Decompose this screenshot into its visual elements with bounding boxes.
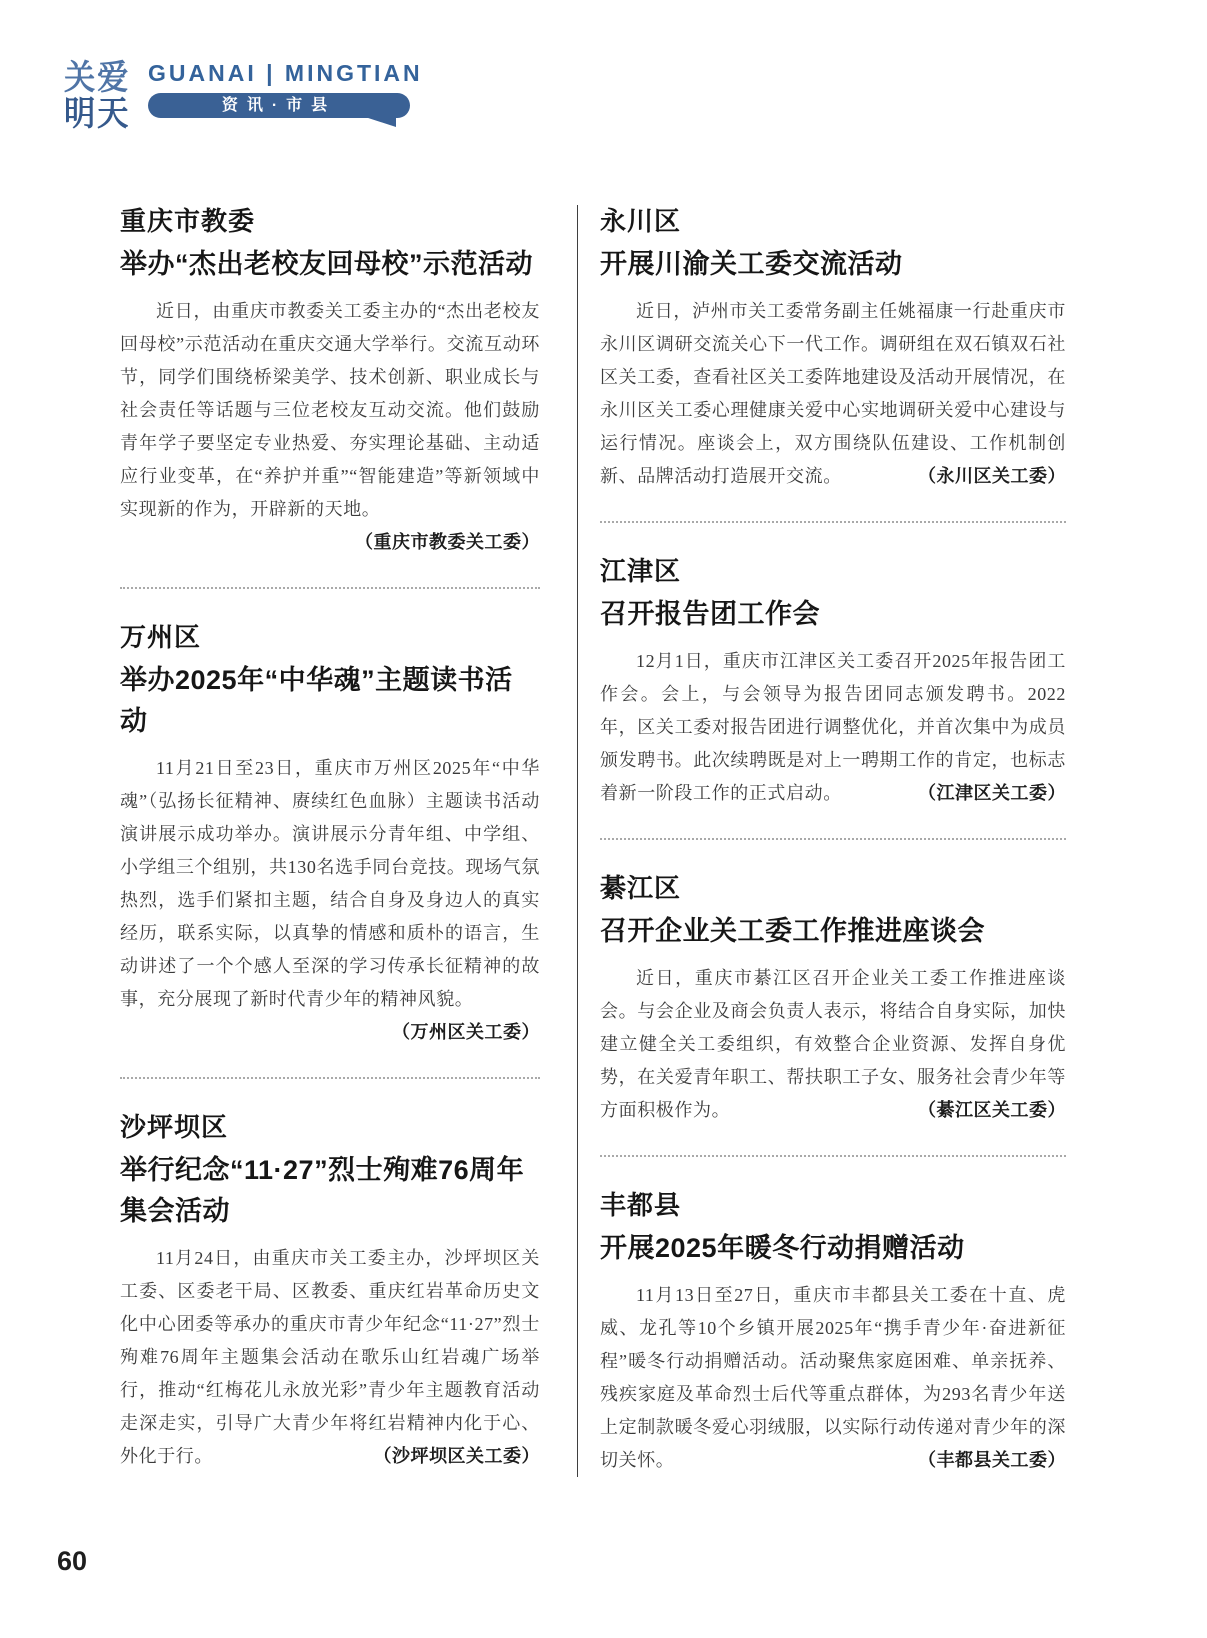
article-region: 江津区 [600,555,1066,587]
article-fengdu: 丰都县 开展2025年暖冬行动捐赠活动 11月13日至27日，重庆市丰都县关工委… [600,1189,1066,1477]
brand-title: GUANAI | MINGTIAN [148,60,423,86]
magazine-logo: 关爱 明天 [64,60,130,132]
article-headline: 举办2025年“中华魂”主题读书活动 [120,660,540,742]
article-region: 永川区 [600,205,1066,237]
dotted-divider [600,521,1066,523]
article-headline: 举行纪念“11·27”烈士殉难76周年集会活动 [120,1150,540,1232]
article-chongqing-jiaowei: 重庆市教委 举办“杰出老校友回母校”示范活动 近日，由重庆市教委关工委主办的“杰… [120,205,540,559]
brand-block: GUANAI | MINGTIAN 资讯·市县 [148,60,423,118]
article-body-text: 近日，泸州市关工委常务副主任姚福康一行赴重庆市永川区调研交流关心下一代工作。调研… [600,301,1066,486]
article-body-text: 11月21日至23日，重庆市万州区2025年“中华魂”（弘扬长征精神、赓续红色血… [120,758,540,1009]
article-byline: （沙坪坝区关工委） [374,1440,541,1473]
article-byline: （綦江区关工委） [918,1094,1066,1127]
article-region: 重庆市教委 [120,205,540,237]
article-body: 11月24日，由重庆市关工委主办，沙坪坝区关工委、区委老干局、区教委、重庆红岩革… [120,1242,540,1473]
article-body-text: 11月13日至27日，重庆市丰都县关工委在十直、虎威、龙孔等10个乡镇开展202… [600,1285,1066,1470]
dotted-divider [120,1077,540,1079]
speech-bubble-tail-icon [362,116,396,127]
article-byline: （丰都县关工委） [918,1444,1066,1477]
article-region: 万州区 [120,621,540,653]
article-body-text: 11月24日，由重庆市关工委主办，沙坪坝区关工委、区委老干局、区教委、重庆红岩革… [120,1248,540,1466]
article-body-text: 近日，由重庆市教委关工委主办的“杰出老校友回母校”示范活动在重庆交通大学举行。交… [120,301,540,519]
dotted-divider [600,1155,1066,1157]
left-column: 重庆市教委 举办“杰出老校友回母校”示范活动 近日，由重庆市教委关工委主办的“杰… [120,205,540,1477]
article-region: 丰都县 [600,1189,1066,1221]
article-headline: 召开报告团工作会 [600,594,1066,635]
magazine-page: 关爱 明天 GUANAI | MINGTIAN 资讯·市县 重庆市教委 举办“杰… [0,0,1207,1638]
article-headline: 开展2025年暖冬行动捐赠活动 [600,1228,1066,1269]
column-divider [577,205,578,1477]
logo-line1: 关爱 [64,60,130,96]
article-yongchuan: 永川区 开展川渝关工委交流活动 近日，泸州市关工委常务副主任姚福康一行赴重庆市永… [600,205,1066,493]
article-qijiang: 綦江区 召开企业关工委工作推进座谈会 近日，重庆市綦江区召开企业关工委工作推进座… [600,872,1066,1127]
article-body: 近日，泸州市关工委常务副主任姚福康一行赴重庆市永川区调研交流关心下一代工作。调研… [600,295,1066,493]
content-area: 重庆市教委 举办“杰出老校友回母校”示范活动 近日，由重庆市教委关工委主办的“杰… [120,205,1066,1477]
article-region: 沙坪坝区 [120,1111,540,1143]
masthead: 关爱 明天 GUANAI | MINGTIAN 资讯·市县 [64,60,423,132]
dotted-divider [600,838,1066,840]
section-tagline: 资讯·市县 [222,97,336,114]
article-body: 11月13日至27日，重庆市丰都县关工委在十直、虎威、龙孔等10个乡镇开展202… [600,1279,1066,1477]
article-byline: （重庆市教委关工委） [355,526,540,559]
article-body: 近日，重庆市綦江区召开企业关工委工作推进座谈会。与会企业及商会负责人表示，将结合… [600,962,1066,1127]
article-byline: （江津区关工委） [918,777,1066,810]
right-column: 永川区 开展川渝关工委交流活动 近日，泸州市关工委常务副主任姚福康一行赴重庆市永… [600,205,1066,1477]
article-headline: 举办“杰出老校友回母校”示范活动 [120,244,540,285]
article-wanzhou: 万州区 举办2025年“中华魂”主题读书活动 11月21日至23日，重庆市万州区… [120,621,540,1049]
article-region: 綦江区 [600,872,1066,904]
dotted-divider [120,587,540,589]
page-number: 60 [57,1546,87,1577]
article-headline: 召开企业关工委工作推进座谈会 [600,911,1066,952]
article-byline: （万州区关工委） [392,1016,540,1049]
article-byline: （永川区关工委） [918,460,1066,493]
article-body: 近日，由重庆市教委关工委主办的“杰出老校友回母校”示范活动在重庆交通大学举行。交… [120,295,540,526]
section-tagline-pill: 资讯·市县 [148,93,410,118]
article-body: 11月21日至23日，重庆市万州区2025年“中华魂”（弘扬长征精神、赓续红色血… [120,752,540,1016]
article-shapingba: 沙坪坝区 举行纪念“11·27”烈士殉难76周年集会活动 11月24日，由重庆市… [120,1111,540,1473]
article-body: 12月1日，重庆市江津区关工委召开2025年报告团工作会。会上，与会领导为报告团… [600,645,1066,810]
article-jiangjin: 江津区 召开报告团工作会 12月1日，重庆市江津区关工委召开2025年报告团工作… [600,555,1066,810]
article-headline: 开展川渝关工委交流活动 [600,244,1066,285]
logo-line2: 明天 [64,96,130,132]
